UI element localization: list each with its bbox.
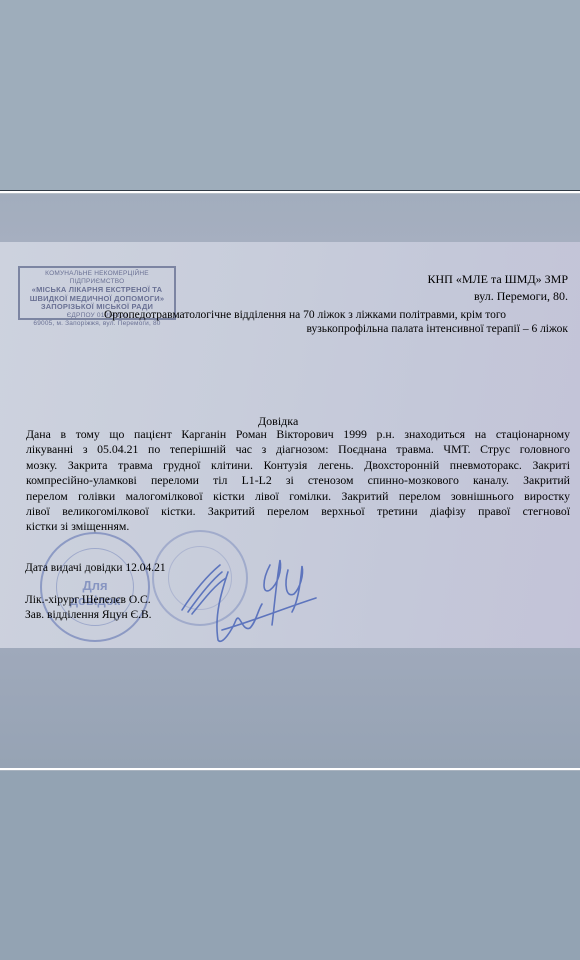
photo-frame-bottom <box>0 648 580 768</box>
viewer-background-bottom <box>0 771 580 960</box>
